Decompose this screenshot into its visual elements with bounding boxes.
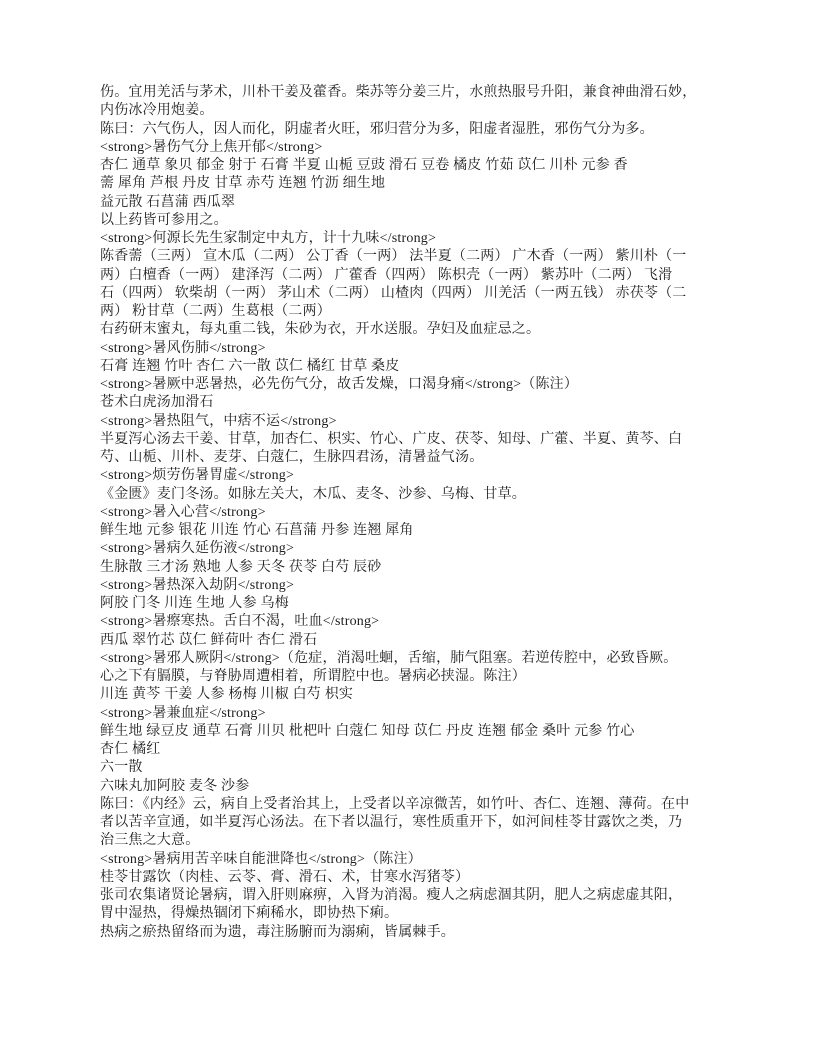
text-line: 石（四两） 软柴胡（一两） 茅山术（二两） 山楂肉（四两） 川羌活（一两五钱） …: [100, 285, 740, 303]
text-line: <strong>暑邪人厥阴</strong>（危症，消渴吐蛔，舌缩，肺气阻塞。若…: [100, 650, 740, 668]
text-line: 生脉散 三才汤 熟地 人参 天冬 茯苓 白芍 辰砂: [100, 559, 740, 577]
text-line: 川连 黄芩 干姜 人参 杨梅 川椒 白芍 枳实: [100, 686, 740, 704]
text-line: <strong>暑瘵寒热。舌白不渴，吐血</strong>: [100, 613, 740, 631]
text-line: 心之下有膈膜，与脊胁周遭相着，所谓腔中也。暑病必挟湿。陈注）: [100, 668, 740, 686]
text-line: 六一散: [100, 759, 740, 777]
text-line: 杏仁 橘红: [100, 741, 740, 759]
text-line: 两）白檀香（一两） 建泽泻（二两） 广藿香（四两） 陈枳壳（一两） 紫苏叶（二两…: [100, 267, 740, 285]
text-line: 阿胶 门冬 川连 生地 人参 乌梅: [100, 595, 740, 613]
text-line: <strong>暑兼血症</strong>: [100, 705, 740, 723]
text-line: 杏仁 通草 象贝 郁金 射于 石膏 半夏 山栀 豆豉 滑石 豆卷 橘皮 竹茹 苡…: [100, 157, 740, 175]
text-line: <strong>烦劳伤暑胃虚</strong>: [100, 467, 740, 485]
text-line: 苍术白虎汤加滑石: [100, 394, 740, 412]
text-line: 西瓜 翠竹芯 苡仁 鲜荷叶 杏仁 滑石: [100, 632, 740, 650]
text-line: 芍、山栀、川朴、麦芽、白蔻仁，生脉四君汤，清暑益气汤。: [100, 449, 740, 467]
document-page: 伤。宜用羌活与茅术，川朴干姜及藿香。柴苏等分姜三片，水煎热服号升阳，兼食神曲滑石…: [0, 0, 816, 1056]
text-line: 《金匮》麦门冬汤。如脉左关大，木瓜、麦冬、沙参、乌梅、甘草。: [100, 486, 740, 504]
text-line: 治三焦之大意。: [100, 832, 740, 850]
text-line: 张司农集诸贤论暑病，谓入肝则麻痹，入肾为消渴。瘦人之病虑涸其阴，肥人之病虑虚其阳…: [100, 887, 740, 905]
text-line: 半夏泻心汤去干姜、甘草，加杏仁、枳实、竹心、广皮、茯苓、知母、广藿、半夏、黄芩、…: [100, 431, 740, 449]
text-line: 鲜生地 绿豆皮 通草 石膏 川贝 枇杷叶 白蔻仁 知母 苡仁 丹皮 连翘 郁金 …: [100, 723, 740, 741]
text-line: 胃中湿热，得燥热锢闭下痢稀水，即协热下痢。: [100, 905, 740, 923]
text-line: <strong>暑病久延伤液</strong>: [100, 540, 740, 558]
text-line: 桂苓甘露饮（肉桂、云苓、膏、滑石、术，甘寒水泻猪苓）: [100, 869, 740, 887]
text-line: <strong>何源长先生家制定中丸方，计十九味</strong>: [100, 230, 740, 248]
text-line: <strong>暑厥中恶暑热，必先伤气分，故舌发燥，口渴身痛</strong>（…: [100, 376, 740, 394]
text-line: 内伤冰冷用炮姜。: [100, 102, 740, 120]
text-line: 伤。宜用羌活与茅术，川朴干姜及藿香。柴苏等分姜三片，水煎热服号升阳，兼食神曲滑石…: [100, 84, 740, 102]
text-line: 两） 粉甘草（二两）生葛根（二两）: [100, 303, 740, 321]
text-line: 热病之瘀热留络而为遗，毒注肠腑而为溺痢，皆属棘手。: [100, 924, 740, 942]
text-body: 伤。宜用羌活与茅术，川朴干姜及藿香。柴苏等分姜三片，水煎热服号升阳，兼食神曲滑石…: [100, 84, 740, 942]
text-line: <strong>暑病用苦辛味自能泄降也</strong>（陈注）: [100, 851, 740, 869]
text-line: <strong>暑热阻气，中痞不运</strong>: [100, 413, 740, 431]
text-line: 六味丸加阿胶 麦冬 沙参: [100, 778, 740, 796]
text-line: <strong>暑风伤肺</strong>: [100, 340, 740, 358]
text-line: 薷 犀角 芦根 丹皮 甘草 赤芍 连翘 竹沥 细生地: [100, 175, 740, 193]
text-line: 右药研末蜜丸，每丸重二钱，朱砂为衣，开水送服。孕妇及血症忌之。: [100, 321, 740, 339]
text-line: 陈香薷（三两） 宣木瓜（二两） 公丁香（一两） 法半夏（二两） 广木香（一两） …: [100, 248, 740, 266]
text-line: 陈曰：六气伤人，因人而化，阴虚者火旺，邪归营分为多，阳虚者湿胜，邪伤气分为多。: [100, 121, 740, 139]
text-line: <strong>暑伤气分上焦开郁</strong>: [100, 139, 740, 157]
text-line: 者以苦辛宣通，如半夏泻心汤法。在下者以温行，寒性质重开下，如河间桂苓甘露饮之类，…: [100, 814, 740, 832]
text-line: 陈曰：《内经》云，病自上受者治其上，上受者以辛凉微苦，如竹叶、杏仁、连翘、薄荷。…: [100, 796, 740, 814]
text-line: 鲜生地 元参 银花 川连 竹心 石菖蒲 丹参 连翘 犀角: [100, 522, 740, 540]
text-line: 益元散 石菖蒲 西瓜翠: [100, 194, 740, 212]
text-line: 以上药皆可参用之。: [100, 212, 740, 230]
text-line: 石膏 连翘 竹叶 杏仁 六一散 苡仁 橘红 甘草 桑皮: [100, 358, 740, 376]
text-line: <strong>暑入心营</strong>: [100, 504, 740, 522]
text-line: <strong>暑热深入劫阴</strong>: [100, 577, 740, 595]
